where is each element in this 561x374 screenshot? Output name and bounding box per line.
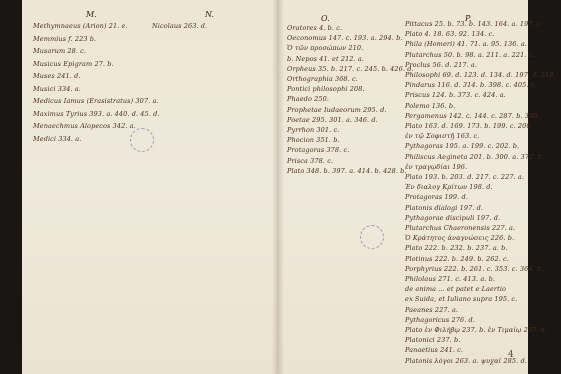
index-entry: Pyrrhon 301. c.: [287, 126, 339, 134]
index-entry: Pittacus 25. b. 73. b. 143. 164. a. 197.…: [405, 20, 543, 28]
index-entry: Philolaus 271. c. 413. a. b.: [405, 275, 495, 283]
index-entry: Poetae 295. 301. a. 346. d.: [287, 116, 378, 124]
index-entry: Medicus Iamus (Erasistratus) 307. a.: [33, 97, 159, 105]
index-entry: Platonici 237. b.: [405, 336, 460, 344]
index-entry: Menaechmus Alopecos 342. a.: [33, 122, 136, 130]
index-entry: de anima ... et patet e Laertio: [405, 285, 506, 293]
header-o: O.: [321, 14, 330, 23]
index-entry: Philiscus Aegineta 201. b. 300. a. 372. …: [405, 153, 544, 161]
index-entry: Plato 222. b. 232. b. 237. a. b.: [405, 244, 508, 252]
index-entry: Plato 4. 18. 63. 92. 134. c.: [405, 30, 494, 38]
index-entry: Plato ἐν Φιλήβῳ 237. b. ἐν Τιμαίῳ 237. b…: [405, 326, 547, 334]
index-entry: Pergamenus 142. c. 144. c. 287. b. 330.: [405, 112, 540, 120]
header-n: N.: [205, 10, 214, 19]
index-entry: Oeconomus 147. c. 193. a. 294. b.: [287, 34, 403, 42]
index-entry: Ἐν διαλογ Κρίτων 198. d.: [405, 183, 493, 191]
library-stamp-icon: [130, 128, 154, 152]
book-gutter: [272, 0, 284, 374]
index-entry: ἐν τραγῳδίαι 196.: [405, 163, 467, 171]
left-manuscript-page: [22, 0, 278, 374]
index-entry: Prophetae Iudaeorum 295. d.: [287, 106, 387, 114]
index-entry: Protagoras 378. c.: [287, 146, 349, 154]
index-entry: Medici 334. a.: [33, 135, 81, 143]
index-entry: Ὁ τῶν προσώπων 210.: [287, 44, 363, 52]
index-entry: b. Nepos 41. et 212. a.: [287, 55, 364, 63]
index-entry: Phocion 351. b.: [287, 136, 340, 144]
page-number: 4: [508, 350, 514, 360]
index-entry: Panaetius 241. c.: [405, 346, 463, 354]
index-entry: Plutarchus 50. b. 98. a. 211. a. 221. c.: [405, 51, 535, 59]
index-entry: Musici 334. a.: [33, 85, 81, 93]
index-entry: Nicolaus 263. d.: [152, 22, 207, 30]
index-entry: Phila (Homeri) 41. 71. a. 95. 136. a.: [405, 40, 527, 48]
index-entry: Plutarchus Chaeronensis 227. a.: [405, 224, 515, 232]
index-entry: Pythagorae discipuli 197. d.: [405, 214, 500, 222]
index-entry: Porphyrius 222. b. 261. c. 353. c. 364. …: [405, 265, 543, 273]
index-entry: Pindarus 116. d. 314. b. 398. c. 405. b.: [405, 81, 537, 89]
index-entry: Musicus Epigram 27. b.: [33, 60, 114, 68]
index-entry: Plato 163. d. 169. 173. b. 199. c. 200.: [405, 122, 533, 130]
index-entry: Proclus 56. d. 217. a.: [405, 61, 477, 69]
index-entry: ἐν τῷ Σοφιστῇ 163. c.: [405, 132, 479, 140]
index-entry: Oratores 4. b. c.: [287, 24, 342, 32]
index-entry: Paeanes 227. a.: [405, 306, 458, 314]
index-entry: Pythagoricus 276. d.: [405, 316, 475, 324]
index-entry: Maximus Tyrius 393. a. 440. d. 45. d.: [33, 110, 160, 118]
index-entry: Protagoras 199. d.: [405, 193, 468, 201]
index-entry: Ὁ Κράτητος ἀναγνώσεις 226. b.: [405, 234, 514, 242]
index-entry: Phaedo 250.: [287, 95, 329, 103]
index-entry: Prisca 378. c.: [287, 157, 333, 165]
index-entry: Plato 348. b. 397. a. 414. b. 428. b.: [287, 167, 407, 175]
index-entry: Plato 193. b. 203. d. 217. c. 227. a.: [405, 173, 524, 181]
index-entry: Philosophi 69. d. 123. d. 134. d. 197. d…: [405, 71, 556, 79]
index-entry: Plotinus 222. b. 249. b. 262. c.: [405, 255, 509, 263]
index-entry: Polemo 136. b.: [405, 102, 455, 110]
index-entry: Orpheus 35. b. 217. c. 245. b. 426. d.: [287, 65, 414, 73]
index-entry: Musarum 28. c.: [33, 47, 86, 55]
library-stamp-icon: [360, 225, 384, 249]
index-entry: Memmius f. 223 b.: [33, 35, 96, 43]
header-m: M.: [86, 10, 97, 19]
index-entry: Muses 241. d.: [33, 72, 81, 80]
index-entry: Pontici philosophi 208.: [287, 85, 365, 93]
index-entry: Methymnaeus (Arion) 21. e.: [33, 22, 128, 30]
index-entry: Pythagoras 195. a. 199. c. 202. b.: [405, 142, 519, 150]
index-entry: Platonis dialogi 197. d.: [405, 204, 483, 212]
index-entry: ex Suida, et Iuliano supra 195. c.: [405, 295, 517, 303]
index-entry: Priscus 124. b. 373. c. 424. a.: [405, 91, 506, 99]
index-entry: Orthographia 368. c.: [287, 75, 358, 83]
